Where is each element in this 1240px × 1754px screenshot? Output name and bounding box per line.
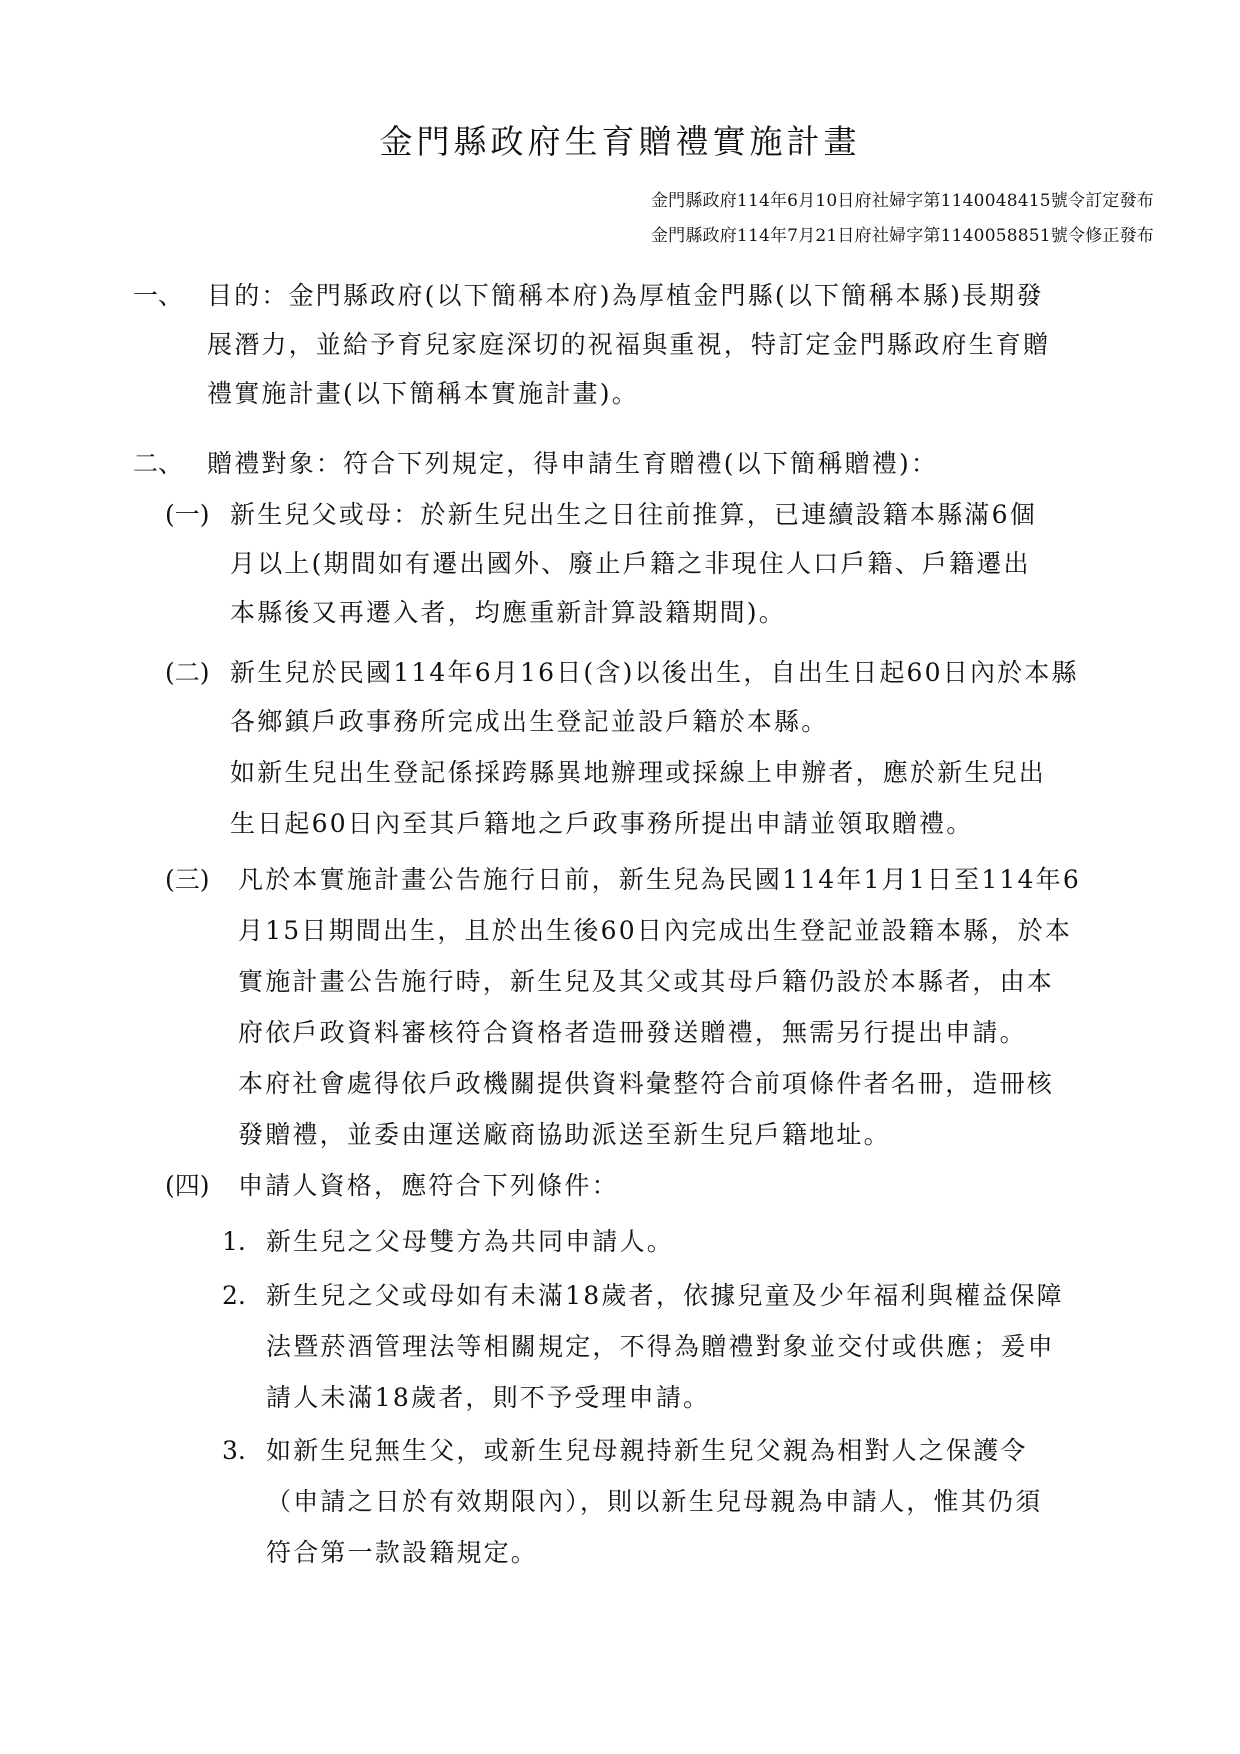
item-text-line: 新生兒父或母：於新生兒出生之日往前推算，已連續設籍本縣滿6個 xyxy=(230,499,1037,531)
issuance-note-2: 金門縣政府114年7月21日府社婦字第1140058851號令修正發布 xyxy=(651,225,1154,247)
item-marker: (二) xyxy=(165,657,210,689)
section-text-line: 目的：金門縣政府(以下簡稱本府)為厚植金門縣(以下簡稱本縣)長期發 xyxy=(207,280,1044,312)
item-text-line: 發贈禮，並委由運送廠商協助派送至新生兒戶籍地址。 xyxy=(238,1119,891,1151)
subitem-text-line: 請人未滿18歲者，則不予受理申請。 xyxy=(266,1382,710,1414)
subitem-text-line: 符合第一款設籍規定。 xyxy=(266,1537,538,1569)
subitem-text-line: 新生兒之父母雙方為共同申請人。 xyxy=(266,1226,674,1258)
subitem-marker: 2. xyxy=(222,1280,246,1312)
item-text-line: 府依戶政資料審核符合資格者造冊發送贈禮，無需另行提出申請。 xyxy=(238,1017,1027,1049)
item-text-line: 新生兒於民國114年6月16日(含)以後出生，自出生日起60日內於本縣 xyxy=(230,657,1079,689)
section-text-line: 贈禮對象：符合下列規定，得申請生育贈禮(以下簡稱贈禮)： xyxy=(207,448,938,480)
item-text-line: 月以上(期間如有遷出國外、廢止戶籍之非現住人口戶籍、戶籍遷出 xyxy=(230,548,1031,580)
section-text-line: 禮實施計畫(以下簡稱本實施計畫)。 xyxy=(207,378,639,410)
item-text-line: 本縣後又再遷入者，均應重新計算設籍期間)。 xyxy=(230,597,786,629)
subitem-marker: 3. xyxy=(222,1435,246,1467)
item-marker: (一) xyxy=(165,499,210,531)
item-text-line: 各鄉鎮戶政事務所完成出生登記並設戶籍於本縣。 xyxy=(230,706,828,738)
item-marker: (三) xyxy=(165,864,210,896)
subitem-marker: 1. xyxy=(222,1226,246,1258)
subitem-text-line: 如新生兒無生父，或新生兒母親持新生兒父親為相對人之保護令 xyxy=(266,1435,1028,1467)
item-text-line: 申請人資格，應符合下列條件： xyxy=(238,1170,619,1202)
section-text-line: 展潛力，並給予育兒家庭深切的祝福與重視，特訂定金門縣政府生育贈 xyxy=(207,329,1050,361)
item-text-line: 凡於本實施計畫公告施行日前，新生兒為民國114年1月1日至114年6 xyxy=(238,864,1081,896)
item-text-line: 如新生兒出生登記係採跨縣異地辦理或採線上申辦者，應於新生兒出 xyxy=(230,757,1046,789)
issuance-note-1: 金門縣政府114年6月10日府社婦字第1140048415號令訂定發布 xyxy=(651,190,1154,212)
item-text-line: 月15日期間出生，且於出生後60日內完成出生登記並設籍本縣，於本 xyxy=(238,915,1072,947)
subitem-text-line: 法暨菸酒管理法等相關規定，不得為贈禮對象並交付或供應；爰申 xyxy=(266,1331,1055,1363)
item-text-line: 生日起60日內至其戶籍地之戶政事務所提出申請並領取贈禮。 xyxy=(230,808,973,840)
subitem-text-line: 新生兒之父或母如有未滿18歲者，依據兒童及少年福利與權益保障 xyxy=(266,1280,1064,1312)
document-title: 金門縣政府生育贈禮實施計畫 xyxy=(0,122,1240,162)
item-text-line: 本府社會處得依戶政機關提供資料彙整符合前項條件者名冊，造冊核 xyxy=(238,1068,1054,1100)
item-marker: (四) xyxy=(165,1170,210,1202)
item-text-line: 實施計畫公告施行時，新生兒及其父或其母戶籍仍設於本縣者，由本 xyxy=(238,966,1054,998)
section-marker: 二、 xyxy=(133,448,183,480)
section-marker: 一、 xyxy=(133,280,183,312)
subitem-text-line: （申請之日於有效期限內），則以新生兒母親為申請人，惟其仍須 xyxy=(266,1486,1042,1518)
